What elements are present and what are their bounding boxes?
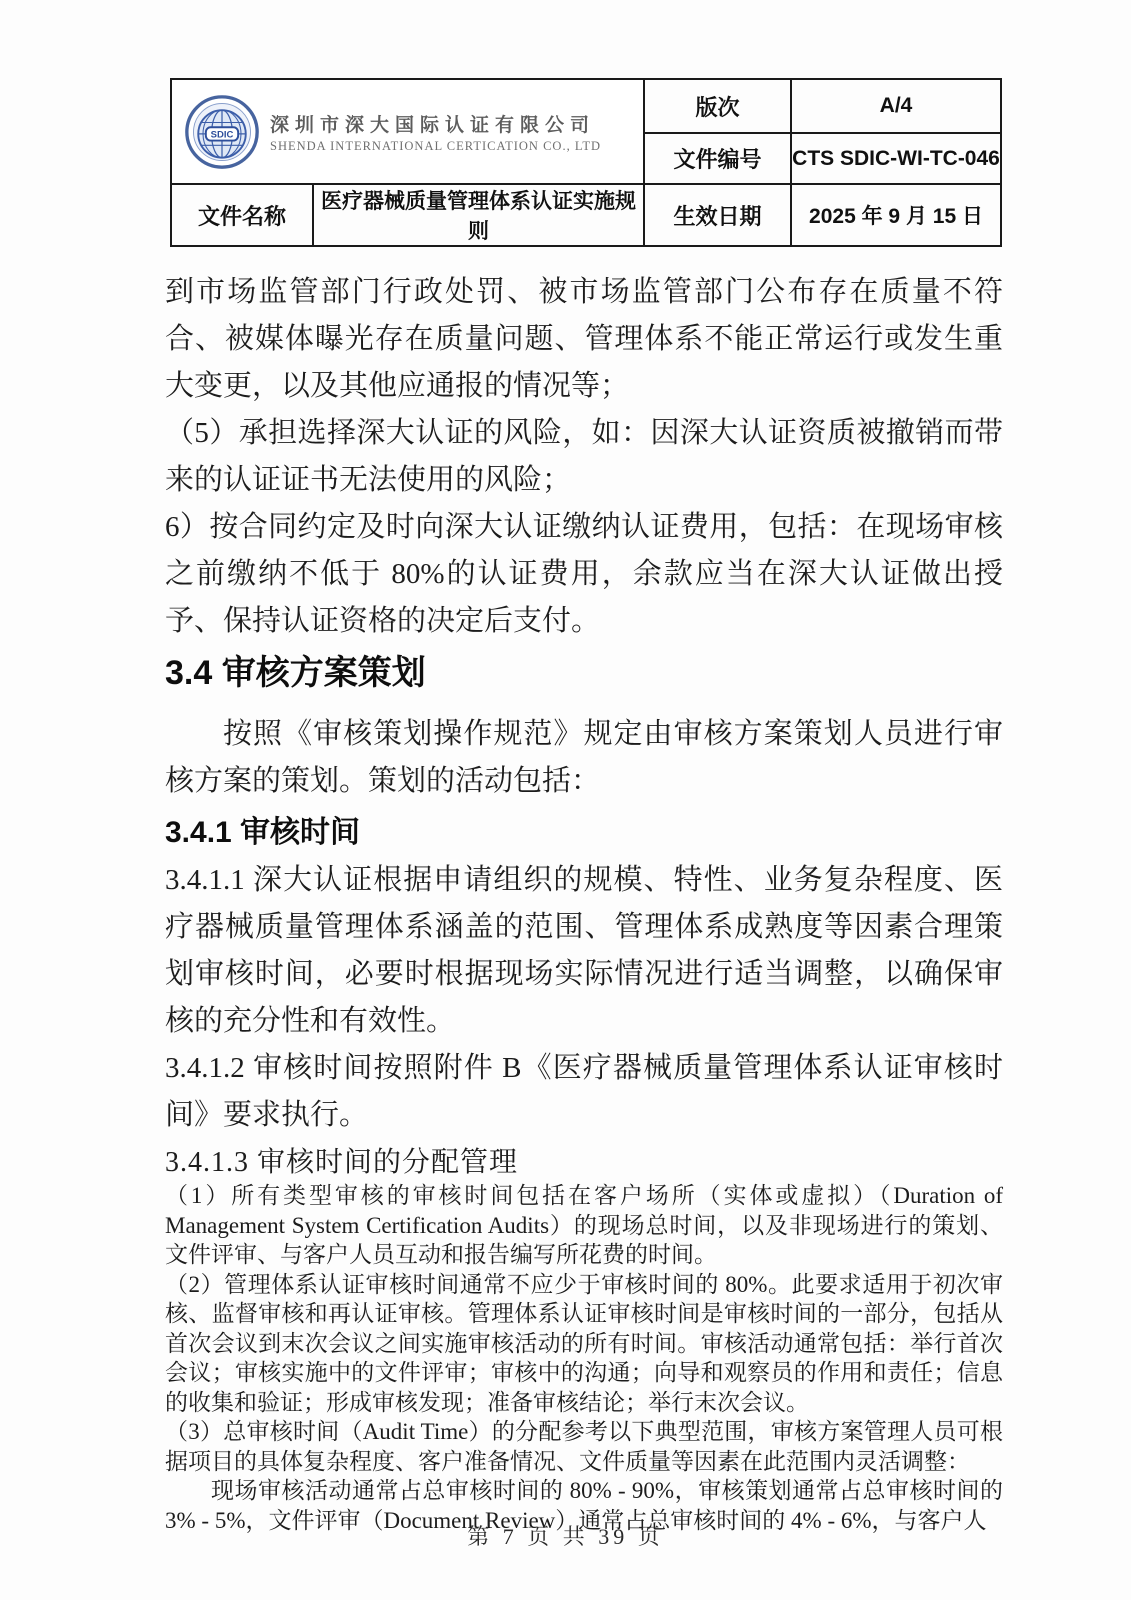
paragraph-allocation-item1: （1）所有类型审核的审核时间包括在客户场所（实体或虚拟）（Duration of… [165,1181,1003,1270]
paragraph-penalty-report: 到市场监管部门行政处罚、被市场监管部门公布存在质量不符合、被媒体曝光存在质量问题… [165,269,1003,410]
paragraph-3-4-1-2: 3.4.1.2 审核时间按照附件 B《医疗器械质量管理体系认证审核时间》要求执行… [165,1045,1003,1139]
company-logo: SDIC 深圳市深大国际认证有限公司 SHENDA INTERNATIONAL … [172,88,643,176]
doc-name-value: 医疗器械质量管理体系认证实施规则 [313,184,644,246]
paragraph-allocation-item2: （2）管理体系认证审核时间通常不应少于审核时间的 80%。此要求适用于初次审核、… [165,1270,1003,1418]
version-value: A/4 [791,79,1001,133]
paragraph-risk-item5: （5）承担选择深大认证的风险，如：因深大认证资质被撤销而带来的认证证书无法使用的… [165,410,1003,504]
effective-date-label: 生效日期 [644,184,791,246]
doc-number-label: 文件编号 [644,133,791,184]
heading-3-4-1-audit-time: 3.4.1 审核时间 [165,813,1003,853]
doc-name-label: 文件名称 [171,184,313,246]
emblem-text: SDIC [211,129,234,140]
company-logo-cell: SDIC 深圳市深大国际认证有限公司 SHENDA INTERNATIONAL … [171,79,644,184]
paragraph-planning-intro: 按照《审核策划操作规范》规定由审核方案策划人员进行审核方案的策划。策划的活动包括… [165,711,1003,805]
doc-number-value: CTS SDIC-WI-TC-046 [791,133,1001,184]
heading-3-4-1-3-time-allocation: 3.4.1.3 审核时间的分配管理 [165,1145,1003,1181]
paragraph-allocation-item3: （3）总审核时间（Audit Time）的分配参考以下典型范围，审核方案管理人员… [165,1417,1003,1476]
company-name-cn: 深圳市深大国际认证有限公司 [270,110,601,137]
sdic-emblem-icon: SDIC [184,94,260,170]
effective-date-value: 2025 年 9 月 15 日 [791,184,1001,246]
company-name-en: SHENDA INTERNATIONAL CERTICATION CO., LT… [270,139,601,154]
page-number-footer: 第 7 页 共 39 页 [0,1520,1131,1551]
heading-3-4-audit-program-planning: 3.4 审核方案策划 [165,651,1003,695]
paragraph-fee-item6: 6）按合同约定及时向深大认证缴纳认证费用，包括：在现场审核之前缴纳不低于 80%… [165,504,1003,645]
version-label: 版次 [644,79,791,133]
document-page: SDIC 深圳市深大国际认证有限公司 SHENDA INTERNATIONAL … [0,0,1131,1600]
document-header-table: SDIC 深圳市深大国际认证有限公司 SHENDA INTERNATIONAL … [170,78,1002,247]
paragraph-3-4-1-1: 3.4.1.1 深大认证根据申请组织的规模、特性、业务复杂程度、医疗器械质量管理… [165,857,1003,1045]
document-body: 到市场监管部门行政处罚、被市场监管部门公布存在质量不符合、被媒体曝光存在质量问题… [165,269,1003,1535]
